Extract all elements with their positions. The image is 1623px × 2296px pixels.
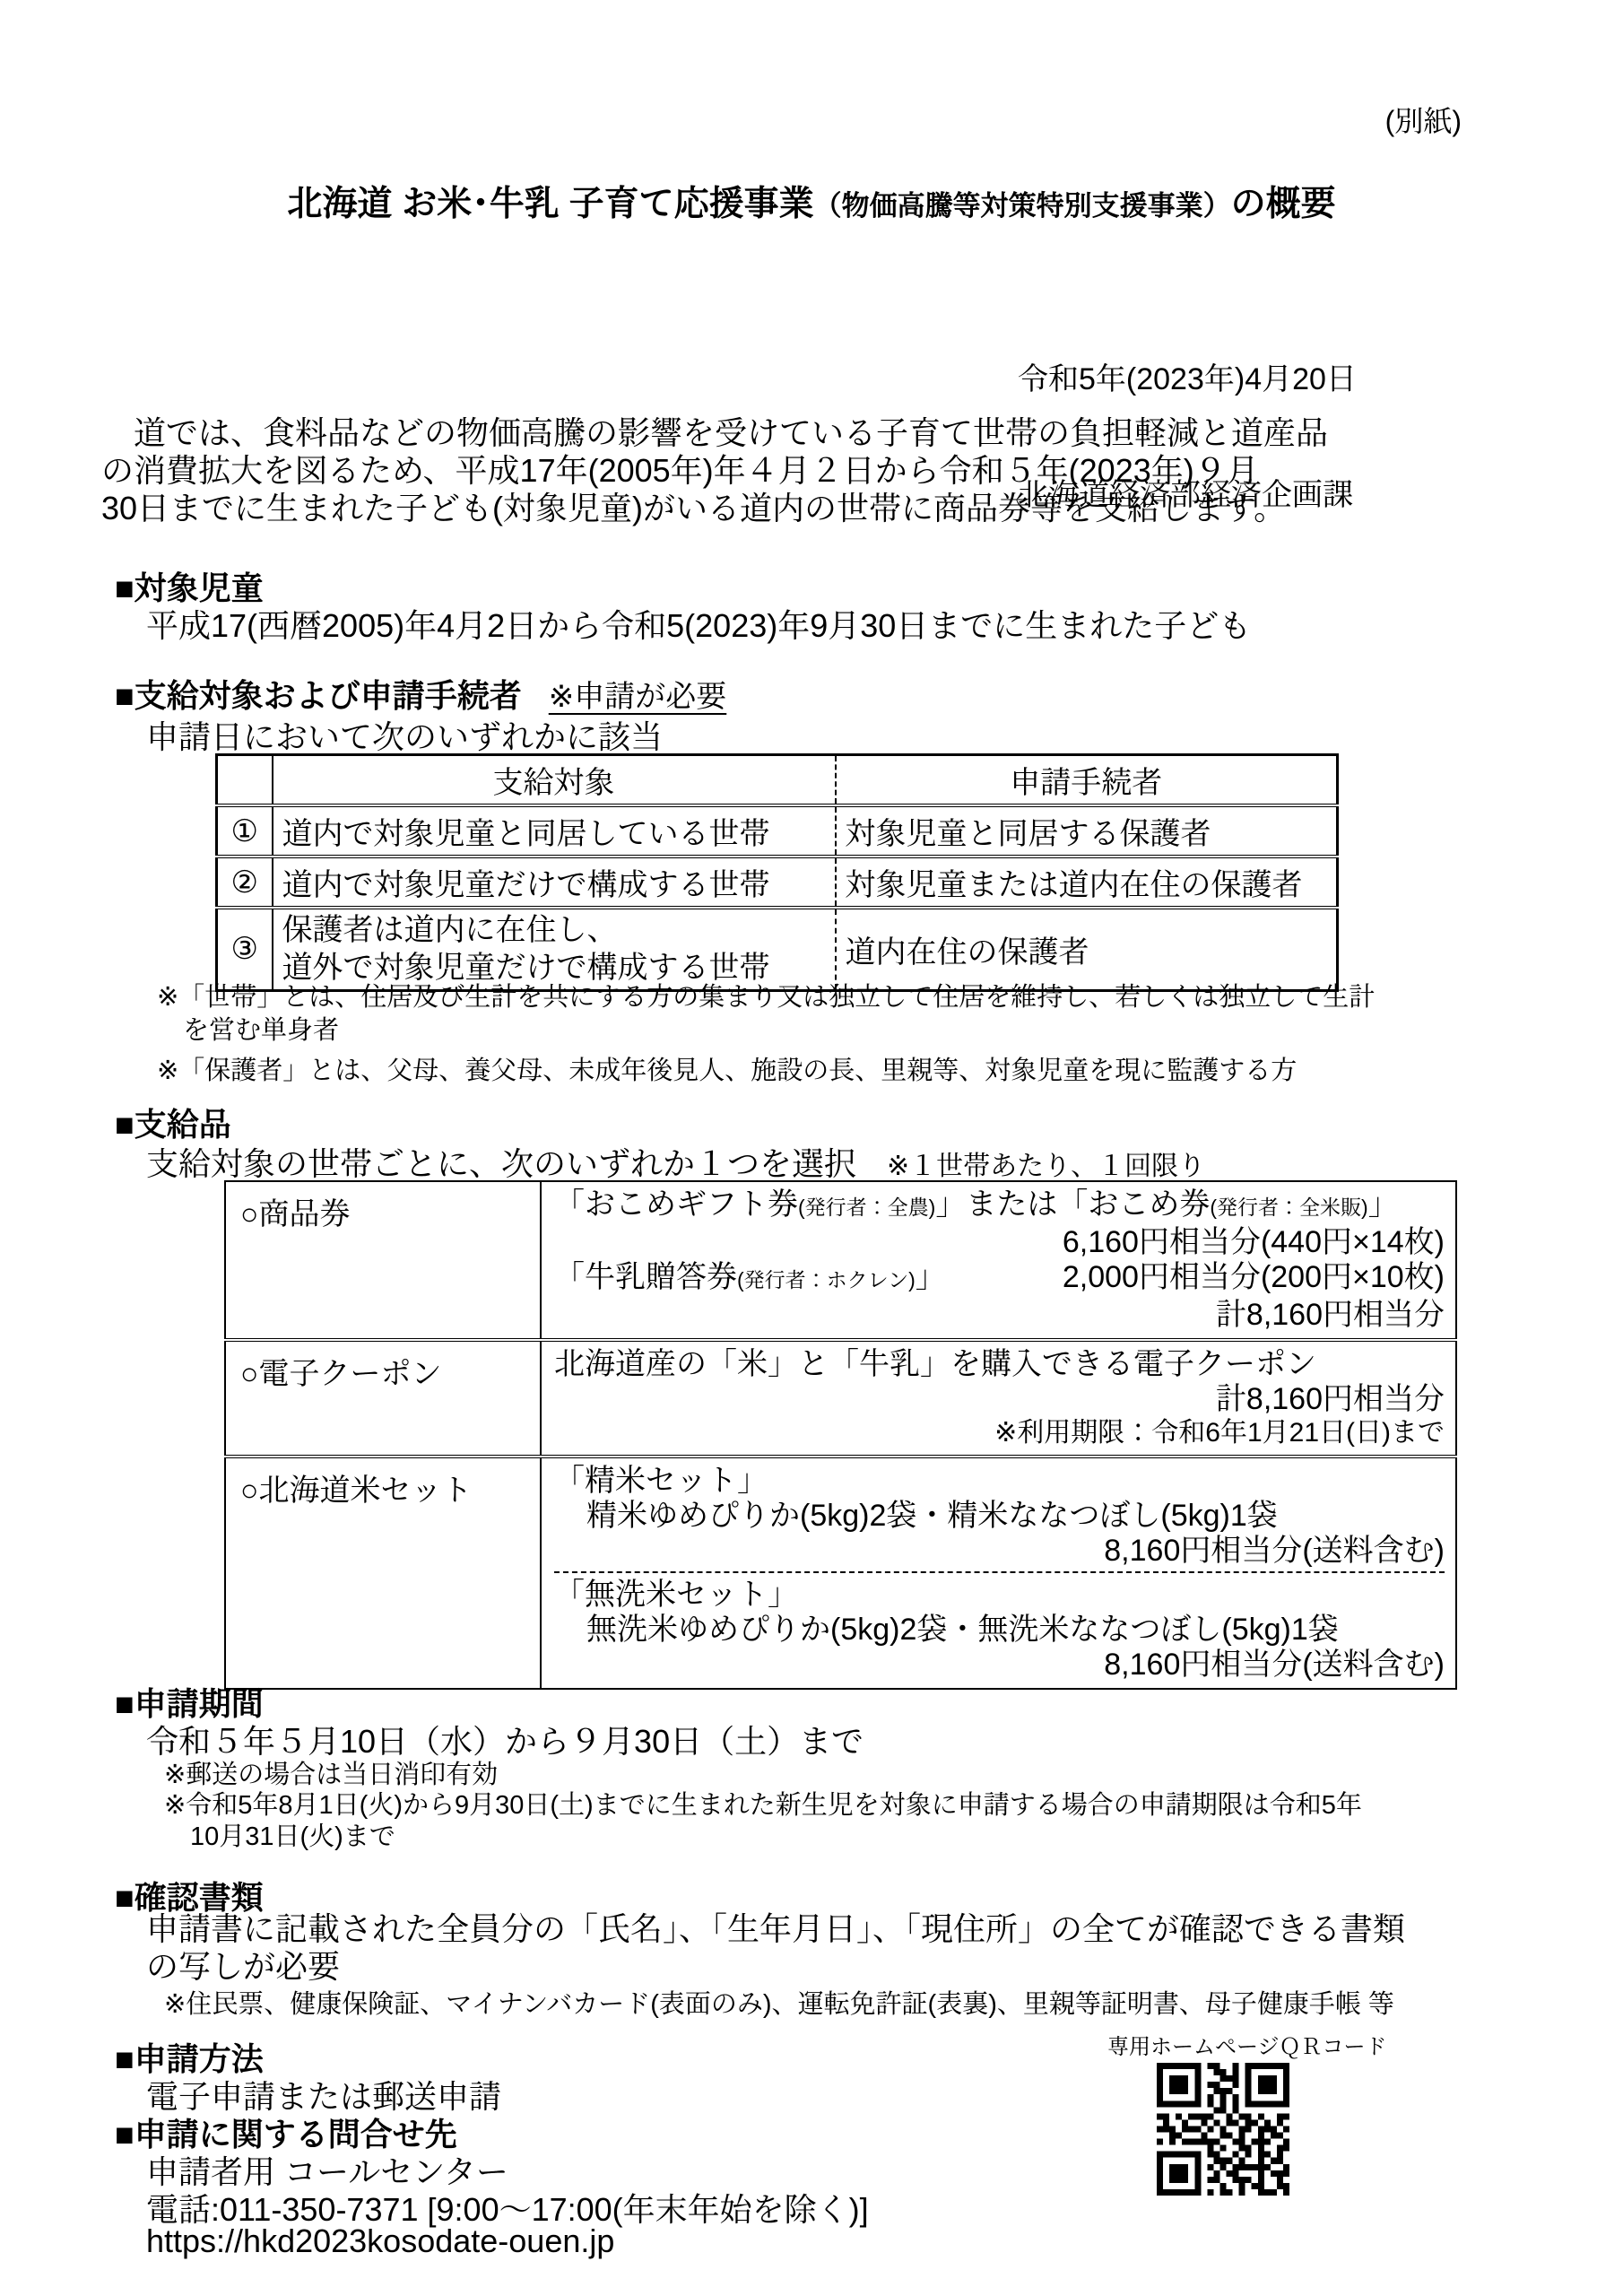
page-title-paren: （物価高騰等対策特別支援事業）: [814, 190, 1231, 222]
voucher-close-quote: 」: [1368, 1187, 1399, 1222]
supplies-table: ○商品券 「おこめギフト券(発行者：全農)」または「おこめ券(発行者：全米販)」…: [224, 1180, 1457, 1690]
voucher-issuer-3: (発行者：ホクレン): [737, 1268, 916, 1291]
header-target: 支給対象: [273, 755, 836, 806]
attachment-note: (別紙): [1309, 99, 1462, 140]
option-voucher-detail: 「おこめギフト券(発行者：全農)」または「おこめ券(発行者：全米販)」 6,16…: [541, 1181, 1456, 1340]
page-title-main: 北海道 お米･牛乳 子育て応援事業: [287, 185, 813, 223]
table-row-coupon: ○電子クーポン 北海道産の「米」と「牛乳」を購入できる電子クーポン 計8,160…: [225, 1340, 1456, 1457]
voucher-milk-close: 」: [916, 1260, 946, 1294]
period-note-postmark: ※郵送の場合は当日消印有効: [164, 1760, 498, 1791]
supplies-subtext: 支給対象の世帯ごとに、次のいずれか１つを選択※１世帯あたり、１回限り: [146, 1139, 1205, 1185]
table-row: ② 道内で対象児童だけで構成する世帯 対象児童または道内在住の保護者: [217, 857, 1338, 908]
row-target: 保護者は道内に在住し、 道外で対象児童だけで構成する世帯: [273, 908, 836, 990]
eligibility-subtext: 申請日において次のいずれかに該当: [146, 712, 663, 758]
riceset-polished-title: 「精米セット」: [554, 1464, 1445, 1499]
table-row: ① 道内で対象児童と同居している世帯 対象児童と同居する保護者: [217, 805, 1338, 857]
voucher-rice-gift: 「おこめギフト券: [554, 1187, 798, 1222]
coupon-description: 北海道産の「米」と「牛乳」を購入できる電子クーポン: [554, 1347, 1445, 1382]
documents-body: 申請書に記載された全員分の「氏名」、「生年月日」、「現住所」の全てが確認できる書…: [146, 1910, 1405, 1986]
voucher-milk-ticket: 「牛乳贈答券(発行者：ホクレン)」: [554, 1260, 946, 1298]
row-number: ③: [217, 908, 273, 990]
supplies-subtext-note: ※１世帯あたり、１回限り: [887, 1152, 1205, 1181]
application-required-note: ※申請が必要: [549, 680, 727, 714]
eligibility-notes: ※「世帯」とは、住居及び生計を共にする方の集まり又は独立して住居を維持し、若しく…: [157, 981, 1375, 1088]
voucher-line-1: 「おこめギフト券(発行者：全農)」または「おこめ券(発行者：全米販)」: [554, 1187, 1445, 1225]
eligibility-table: 支給対象 申請手続者 ① 道内で対象児童と同居している世帯 対象児童と同居する保…: [215, 753, 1339, 992]
period-note-newborn: ※令和5年8月1日(火)から9月30日(土)までに生まれた新生児を対象に申請する…: [164, 1790, 1362, 1853]
table-row-voucher: ○商品券 「おこめギフト券(発行者：全農)」または「おこめ券(発行者：全米販)」…: [225, 1181, 1456, 1340]
note-guardian-definition: ※「保護者」とは、父母、養父母、未成年後見人、施設の長、里親等、対象児童を現に監…: [157, 1055, 1375, 1088]
voucher-amount-1: 6,160円相当分(440円×14枚): [554, 1225, 1445, 1260]
coupon-expiry-note: ※利用期限：令和6年1月21日(日)まで: [554, 1417, 1445, 1449]
note-household-definition: ※「世帯」とは、住居及び生計を共にする方の集まり又は独立して住居を維持し、若しく…: [157, 981, 1375, 1048]
option-coupon-detail: 北海道産の「米」と「牛乳」を購入できる電子クーポン 計8,160円相当分 ※利用…: [541, 1340, 1456, 1457]
voucher-issuer-1: (発行者：全農): [798, 1196, 935, 1219]
riceset-rinsefree-detail: 無洗米ゆめぴりか(5kg)2袋・無洗米ななつぼし(5kg)1袋: [554, 1613, 1445, 1648]
voucher-amount-total: 計8,160円相当分: [554, 1298, 1445, 1333]
table-row: ③ 保護者は道内に在住し、 道外で対象児童だけで構成する世帯 道内在住の保護者: [217, 908, 1338, 990]
documents-note: ※住民票、健康保険証、マイナンバカード(表面のみ)、運転免許証(表裏)、里親等証…: [164, 1989, 1394, 2021]
row-applicant: 道内在住の保護者: [836, 908, 1338, 990]
row-applicant: 対象児童と同居する保護者: [836, 805, 1338, 857]
qr-code: [1157, 2063, 1289, 2196]
option-coupon-label: ○電子クーポン: [225, 1340, 541, 1457]
riceset-polished-block: 「精米セット」 精米ゆめぴりか(5kg)2袋・精米ななつぼし(5kg)1袋 8,…: [554, 1464, 1445, 1573]
target-children-body: 平成17(西暦2005)年4月2日から令和5(2023)年9月30日までに生まれ…: [146, 601, 1251, 647]
qr-code-label: 専用ホームページＱＲコード: [1107, 2029, 1387, 2060]
row-number: ①: [217, 805, 273, 857]
application-period-body: 令和５年５月10日（水）から９月30日（土）まで: [146, 1717, 864, 1762]
voucher-milk-name: 「牛乳贈答券: [554, 1260, 737, 1294]
riceset-rinsefree-amount: 8,160円相当分(送料含む): [554, 1648, 1445, 1683]
riceset-rinsefree-title: 「無洗米セット」: [554, 1578, 1445, 1613]
heading-eligibility: ■支給対象および申請手続者※申請が必要: [115, 671, 726, 717]
option-voucher-label: ○商品券: [225, 1181, 541, 1340]
supplies-subtext-main: 支給対象の世帯ごとに、次のいずれか１つを選択: [146, 1145, 856, 1182]
riceset-polished-detail: 精米ゆめぴりか(5kg)2袋・精米ななつぼし(5kg)1袋: [554, 1499, 1445, 1534]
contact-url[interactable]: https://hkd2023kosodate-ouen.jp: [146, 2222, 614, 2260]
intro-paragraph: 道では、食料品などの物価高騰の影響を受けている子育て世帯の負担軽減と道産品 の消…: [101, 414, 1328, 527]
document-page: (別紙) 北海道 お米･牛乳 子育て応援事業（物価高騰等対策特別支援事業）の概要…: [0, 0, 1623, 2296]
riceset-rinsefree-block: 「無洗米セット」 無洗米ゆめぴりか(5kg)2袋・無洗米ななつぼし(5kg)1袋…: [554, 1578, 1445, 1683]
eligibility-table-header: 支給対象 申請手続者: [217, 755, 1338, 806]
page-title-suffix: の概要: [1231, 185, 1336, 223]
header-applicant: 申請手続者: [836, 755, 1338, 806]
row-target: 道内で対象児童と同居している世帯: [273, 805, 836, 857]
voucher-rice-ticket: 」または「おこめ券: [935, 1187, 1210, 1222]
riceset-polished-amount: 8,160円相当分(送料含む): [554, 1534, 1445, 1569]
issue-date: 令和5年(2023年)4月20日: [1018, 361, 1357, 399]
heading-eligibility-text: ■支給対象および申請手続者: [115, 677, 522, 714]
option-riceset-label: ○北海道米セット: [225, 1457, 541, 1689]
voucher-issuer-2: (発行者：全米販): [1210, 1196, 1367, 1219]
table-row-riceset: ○北海道米セット 「精米セット」 精米ゆめぴりか(5kg)2袋・精米ななつぼし(…: [225, 1457, 1456, 1689]
voucher-line-3: 「牛乳贈答券(発行者：ホクレン)」2,000円相当分(200円×10枚): [554, 1260, 1445, 1298]
option-riceset-detail: 「精米セット」 精米ゆめぴりか(5kg)2袋・精米ななつぼし(5kg)1袋 8,…: [541, 1457, 1456, 1689]
coupon-amount-total: 計8,160円相当分: [554, 1382, 1445, 1417]
voucher-amount-2: 2,000円相当分(200円×10枚): [1063, 1260, 1445, 1298]
row-target: 道内で対象児童だけで構成する世帯: [273, 857, 836, 908]
row-number: ②: [217, 857, 273, 908]
header-empty-cell: [217, 755, 273, 806]
row-applicant: 対象児童または道内在住の保護者: [836, 857, 1338, 908]
page-title: 北海道 お米･牛乳 子育て応援事業（物価高騰等対策特別支援事業）の概要: [0, 176, 1623, 226]
qr-code-image: [1157, 2063, 1289, 2196]
